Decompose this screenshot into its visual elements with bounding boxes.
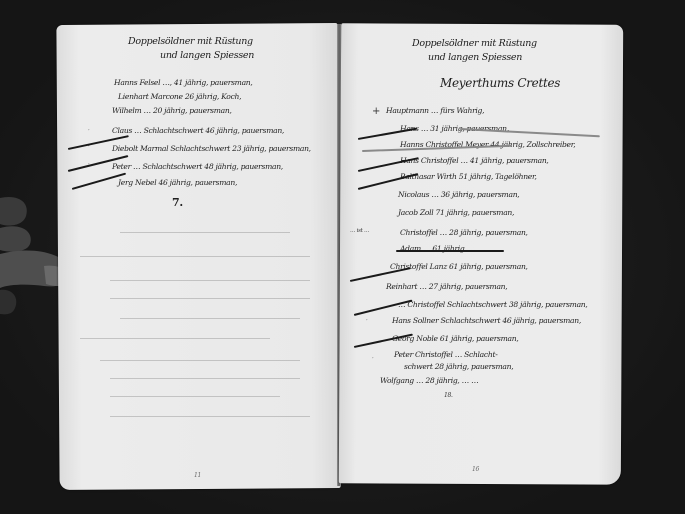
left-entry-5: Diebolt Marmal Schlachtschwert 23 jährig… xyxy=(112,144,311,153)
right-entry-4: Hans Christoffel … 41 jährig, pauersman, xyxy=(400,156,549,165)
right-heading-line2: und langen Spiessen xyxy=(428,52,522,63)
right-entry-16: schwert 28 jährig, pauersman, xyxy=(404,362,513,371)
bleed-through-line xyxy=(110,298,310,299)
right-entry-13: Hans Sollner Schlachtschwert 46 jährig, … xyxy=(392,316,581,325)
right-entry-11: Reinhart … 27 jährig, pauersman, xyxy=(386,282,507,291)
left-entry-3: Wilhelm … 20 jährig, pauersman, xyxy=(112,106,232,115)
left-entry-1: Hanns Felsel …, 41 jährig, pauersman, xyxy=(114,78,253,87)
right-entry-7: Jacob Zoll 71 jährig, pauersman, xyxy=(398,208,514,217)
left-entry-7: Jerg Nebel 46 jährig, pauersman, xyxy=(118,178,237,187)
right-entry-15: Peter Christoffel … Schlacht- xyxy=(394,350,497,359)
left-heading-line1: Doppelsöldner mit Rüstung xyxy=(128,36,253,47)
right-entry-5: Balthasar Wirth 51 jährig, Tagelöhner, xyxy=(400,172,537,181)
left-margin-mark-4: · xyxy=(88,128,89,134)
right-page xyxy=(339,23,623,484)
right-margin-note: … ist … xyxy=(350,228,390,234)
right-entry-12: … Christoffel Schlachtschwert 38 jährig,… xyxy=(398,300,588,309)
left-margin-mark-5: · xyxy=(88,144,89,150)
right-margin-mark-13: · xyxy=(366,318,367,324)
left-entry-2: Lienhart Marcone 26 jährig, Koch, xyxy=(118,92,241,101)
bleed-through-line xyxy=(110,416,310,417)
left-heading-line2: und langen Spiessen xyxy=(160,50,254,61)
bleed-through-line xyxy=(80,256,310,257)
right-entry-1: Hauptmann … fürs Wahrig, xyxy=(386,106,484,115)
left-end-mark: 7. xyxy=(172,196,183,209)
right-entry-8: Christoffel … 28 jährig, pauersman, xyxy=(400,228,528,237)
right-entry-9: Adam … 61 jährig xyxy=(400,244,464,253)
right-margin-mark-15: · xyxy=(372,356,373,362)
bleed-through-line xyxy=(110,378,300,379)
strike-mark xyxy=(396,250,504,252)
right-heading-line1: Doppelsöldner mit Rüstung xyxy=(412,38,537,49)
right-end-mark: 18. xyxy=(444,392,453,399)
right-entry-6: Nicolaus … 36 jährig, pauersman, xyxy=(398,190,519,199)
bleed-through-line xyxy=(110,280,310,281)
right-margin-cross: + xyxy=(372,106,380,117)
left-entry-6: Peter … Schlachtschwert 48 jährig, pauer… xyxy=(112,162,283,171)
left-folio-number: 11 xyxy=(194,472,201,479)
left-entry-4: Claus … Schlachtschwert 46 jährig, pauer… xyxy=(112,126,284,135)
bleed-through-line xyxy=(120,232,290,233)
bleed-through-line xyxy=(100,360,300,361)
bleed-through-line xyxy=(120,318,300,319)
bleed-through-line xyxy=(110,396,280,397)
right-entry-17: Wolfgang … 28 jährig, … … xyxy=(380,376,478,385)
left-margin-mark-6: · xyxy=(88,162,89,168)
right-folio-number: 16 xyxy=(472,466,479,473)
right-heading-line3: Meyerthums Crettes xyxy=(440,76,560,90)
right-entry-10: Christoffel Lanz 61 jährig, pauersman, xyxy=(390,262,528,271)
bleed-through-line xyxy=(80,338,270,339)
